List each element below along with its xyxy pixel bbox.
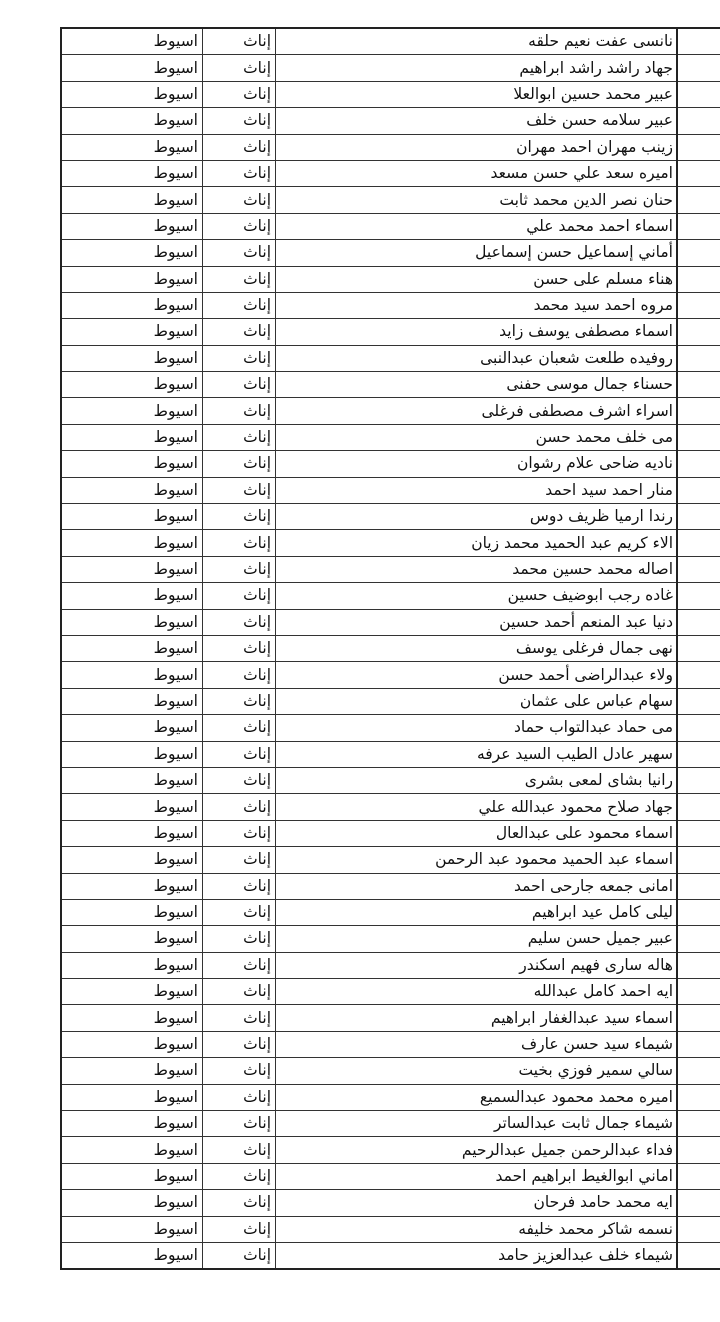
- table-row: اسيوطإناثاصاله محمد حسين محمد: [61, 556, 720, 582]
- name-cell: عبير سلامه حسن خلف: [276, 108, 678, 134]
- gender-cell: إناث: [203, 583, 276, 609]
- table-row: اسيوطإناثمى خلف محمد حسن: [61, 424, 720, 450]
- table-row: اسيوطإناثاسماء محمود على عبدالعال: [61, 820, 720, 846]
- empty-cell: [677, 81, 720, 107]
- gender-cell: إناث: [203, 952, 276, 978]
- governorate-cell: اسيوط: [61, 108, 203, 134]
- governorate-cell: اسيوط: [61, 530, 203, 556]
- empty-cell: [677, 504, 720, 530]
- name-cell: دنيا عبد المنعم أحمد حسين: [276, 609, 678, 635]
- gender-cell: إناث: [203, 134, 276, 160]
- governorate-cell: اسيوط: [61, 1216, 203, 1242]
- table-row: اسيوطإناثاسماء سيد عبدالغفار ابراهيم: [61, 1005, 720, 1031]
- table-row: اسيوطإناثناديه ضاحى علام رشوان: [61, 451, 720, 477]
- table-row: اسيوطإناثالاء كريم عبد الحميد محمد زيان: [61, 530, 720, 556]
- table-row: اسيوطإناثهاله سارى فهيم اسكندر: [61, 952, 720, 978]
- empty-cell: [677, 794, 720, 820]
- gender-cell: إناث: [203, 741, 276, 767]
- governorate-cell: اسيوط: [61, 926, 203, 952]
- governorate-cell: اسيوط: [61, 820, 203, 846]
- empty-cell: [677, 1058, 720, 1084]
- governorate-cell: اسيوط: [61, 688, 203, 714]
- table-row: اسيوطإناثاسماء عبد الحميد محمود عبد الرح…: [61, 847, 720, 873]
- name-cell: منار احمد سيد احمد: [276, 477, 678, 503]
- gender-cell: إناث: [203, 398, 276, 424]
- gender-cell: إناث: [203, 530, 276, 556]
- empty-cell: [677, 583, 720, 609]
- gender-cell: إناث: [203, 1058, 276, 1084]
- governorate-cell: اسيوط: [61, 873, 203, 899]
- empty-cell: [677, 530, 720, 556]
- gender-cell: إناث: [203, 1005, 276, 1031]
- table-row: اسيوطإناثنهى جمال فرغلى يوسف: [61, 635, 720, 661]
- name-cell: زينب مهران احمد مهران: [276, 134, 678, 160]
- governorate-cell: اسيوط: [61, 1242, 203, 1269]
- empty-cell: [677, 662, 720, 688]
- governorate-cell: اسيوط: [61, 899, 203, 925]
- table-row: اسيوطإناثايه محمد حامد فرحان: [61, 1190, 720, 1216]
- governorate-cell: اسيوط: [61, 319, 203, 345]
- names-table: اسيوطإناثنانسى عفت نعيم حلقهاسيوطإناثجها…: [60, 27, 720, 1270]
- table-row: اسيوطإناثحسناء جمال موسى حفنى: [61, 372, 720, 398]
- table-row: اسيوطإناثنانسى عفت نعيم حلقه: [61, 28, 720, 55]
- name-cell: نسمه شاكر محمد خليفه: [276, 1216, 678, 1242]
- name-cell: اصاله محمد حسين محمد: [276, 556, 678, 582]
- table-row: اسيوطإناثاسماء احمد محمد علي: [61, 213, 720, 239]
- table-row: اسيوطإناثمروه احمد سيد محمد: [61, 292, 720, 318]
- governorate-cell: اسيوط: [61, 81, 203, 107]
- table-row: اسيوطإناثاميره محمد محمود عبدالسميع: [61, 1084, 720, 1110]
- gender-cell: إناث: [203, 187, 276, 213]
- governorate-cell: اسيوط: [61, 424, 203, 450]
- governorate-cell: اسيوط: [61, 1084, 203, 1110]
- gender-cell: إناث: [203, 266, 276, 292]
- governorate-cell: اسيوط: [61, 477, 203, 503]
- name-cell: عبير جميل حسن سليم: [276, 926, 678, 952]
- empty-cell: [677, 1190, 720, 1216]
- table-row: اسيوطإناثفداء عبدالرحمن جميل عبدالرحيم: [61, 1137, 720, 1163]
- name-cell: نانسى عفت نعيم حلقه: [276, 28, 678, 55]
- table-row: اسيوطإناثدنيا عبد المنعم أحمد حسين: [61, 609, 720, 635]
- governorate-cell: اسيوط: [61, 609, 203, 635]
- name-cell: رانيا بشاى لمعى بشرى: [276, 767, 678, 793]
- gender-cell: إناث: [203, 899, 276, 925]
- empty-cell: [677, 609, 720, 635]
- empty-cell: [677, 952, 720, 978]
- governorate-cell: اسيوط: [61, 372, 203, 398]
- governorate-cell: اسيوط: [61, 266, 203, 292]
- empty-cell: [677, 1005, 720, 1031]
- table-row: اسيوطإناثاسراء اشرف مصطفى فرغلى: [61, 398, 720, 424]
- table-row: اسيوطإناثزينب مهران احمد مهران: [61, 134, 720, 160]
- empty-cell: [677, 635, 720, 661]
- governorate-cell: اسيوط: [61, 583, 203, 609]
- table-row: اسيوطإناثسالي سمير فوزي بخيت: [61, 1058, 720, 1084]
- gender-cell: إناث: [203, 319, 276, 345]
- governorate-cell: اسيوط: [61, 187, 203, 213]
- table-row: اسيوطإناثايه احمد كامل عبدالله: [61, 979, 720, 1005]
- name-cell: اسماء عبد الحميد محمود عبد الرحمن: [276, 847, 678, 873]
- name-cell: حسناء جمال موسى حفنى: [276, 372, 678, 398]
- table-row: اسيوطإناثأماني إسماعيل حسن إسماعيل: [61, 240, 720, 266]
- governorate-cell: اسيوط: [61, 556, 203, 582]
- empty-cell: [677, 715, 720, 741]
- governorate-cell: اسيوط: [61, 55, 203, 81]
- empty-cell: [677, 873, 720, 899]
- empty-cell: [677, 847, 720, 873]
- empty-cell: [677, 767, 720, 793]
- governorate-cell: اسيوط: [61, 292, 203, 318]
- empty-cell: [677, 372, 720, 398]
- empty-cell: [677, 398, 720, 424]
- gender-cell: إناث: [203, 81, 276, 107]
- table-row: اسيوطإناثجهاد صلاح محمود عبدالله علي: [61, 794, 720, 820]
- name-cell: الاء كريم عبد الحميد محمد زيان: [276, 530, 678, 556]
- name-cell: اسماء سيد عبدالغفار ابراهيم: [276, 1005, 678, 1031]
- gender-cell: إناث: [203, 451, 276, 477]
- table-row: اسيوطإناثغاده رجب ابوضيف حسين: [61, 583, 720, 609]
- name-cell: امانى جمعه جارحى احمد: [276, 873, 678, 899]
- name-cell: شيماء جمال ثابت عبدالساتر: [276, 1111, 678, 1137]
- empty-cell: [677, 292, 720, 318]
- name-cell: اسماء مصطفى يوسف زايد: [276, 319, 678, 345]
- name-cell: شيماء خلف عبدالعزيز حامد: [276, 1242, 678, 1269]
- gender-cell: إناث: [203, 926, 276, 952]
- gender-cell: إناث: [203, 292, 276, 318]
- name-cell: هناء مسلم على حسن: [276, 266, 678, 292]
- table-row: اسيوطإناثشيماء سيد حسن عارف: [61, 1031, 720, 1057]
- empty-cell: [677, 1111, 720, 1137]
- name-cell: ايه محمد حامد فرحان: [276, 1190, 678, 1216]
- governorate-cell: اسيوط: [61, 504, 203, 530]
- gender-cell: إناث: [203, 1190, 276, 1216]
- names-table-container: اسيوطإناثنانسى عفت نعيم حلقهاسيوطإناثجها…: [60, 27, 720, 1270]
- gender-cell: إناث: [203, 1163, 276, 1189]
- gender-cell: إناث: [203, 1216, 276, 1242]
- name-cell: سهام عباس على عثمان: [276, 688, 678, 714]
- governorate-cell: اسيوط: [61, 398, 203, 424]
- governorate-cell: اسيوط: [61, 741, 203, 767]
- table-row: اسيوطإناثمنار احمد سيد احمد: [61, 477, 720, 503]
- name-cell: سالي سمير فوزي بخيت: [276, 1058, 678, 1084]
- table-row: اسيوطإناثاماني ابوالغيط ابراهيم احمد: [61, 1163, 720, 1189]
- gender-cell: إناث: [203, 240, 276, 266]
- name-cell: اماني ابوالغيط ابراهيم احمد: [276, 1163, 678, 1189]
- empty-cell: [677, 424, 720, 450]
- governorate-cell: اسيوط: [61, 1190, 203, 1216]
- empty-cell: [677, 187, 720, 213]
- name-cell: مى خلف محمد حسن: [276, 424, 678, 450]
- empty-cell: [677, 108, 720, 134]
- table-row: اسيوطإناثليلى كامل عيد ابراهيم: [61, 899, 720, 925]
- empty-cell: [677, 477, 720, 503]
- governorate-cell: اسيوط: [61, 794, 203, 820]
- governorate-cell: اسيوط: [61, 662, 203, 688]
- governorate-cell: اسيوط: [61, 1163, 203, 1189]
- gender-cell: إناث: [203, 504, 276, 530]
- empty-cell: [677, 926, 720, 952]
- gender-cell: إناث: [203, 372, 276, 398]
- table-row: اسيوطإناثاسماء مصطفى يوسف زايد: [61, 319, 720, 345]
- gender-cell: إناث: [203, 424, 276, 450]
- gender-cell: إناث: [203, 160, 276, 186]
- name-cell: عبير محمد حسين ابوالعلا: [276, 81, 678, 107]
- table-row: اسيوطإناثعبير محمد حسين ابوالعلا: [61, 81, 720, 107]
- name-cell: روفيده طلعت شعبان عبدالنبى: [276, 345, 678, 371]
- governorate-cell: اسيوط: [61, 1058, 203, 1084]
- governorate-cell: اسيوط: [61, 451, 203, 477]
- gender-cell: إناث: [203, 55, 276, 81]
- governorate-cell: اسيوط: [61, 1137, 203, 1163]
- empty-cell: [677, 1031, 720, 1057]
- gender-cell: إناث: [203, 556, 276, 582]
- gender-cell: إناث: [203, 1111, 276, 1137]
- empty-cell: [677, 741, 720, 767]
- governorate-cell: اسيوط: [61, 213, 203, 239]
- table-row: اسيوطإناثحنان نصر الدين محمد ثابت: [61, 187, 720, 213]
- table-row: اسيوطإناثنسمه شاكر محمد خليفه: [61, 1216, 720, 1242]
- empty-cell: [677, 160, 720, 186]
- table-row: اسيوطإناثرانيا بشاى لمعى بشرى: [61, 767, 720, 793]
- governorate-cell: اسيوط: [61, 1005, 203, 1031]
- empty-cell: [677, 1137, 720, 1163]
- name-cell: ناديه ضاحى علام رشوان: [276, 451, 678, 477]
- governorate-cell: اسيوط: [61, 952, 203, 978]
- governorate-cell: اسيوط: [61, 635, 203, 661]
- table-row: اسيوطإناثرندا ارميا ظريف دوس: [61, 504, 720, 530]
- table-row: اسيوطإناثعبير سلامه حسن خلف: [61, 108, 720, 134]
- empty-cell: [677, 451, 720, 477]
- gender-cell: إناث: [203, 1242, 276, 1269]
- table-row: اسيوطإناثعبير جميل حسن سليم: [61, 926, 720, 952]
- gender-cell: إناث: [203, 794, 276, 820]
- name-cell: هاله سارى فهيم اسكندر: [276, 952, 678, 978]
- empty-cell: [677, 899, 720, 925]
- gender-cell: إناث: [203, 1031, 276, 1057]
- governorate-cell: اسيوط: [61, 160, 203, 186]
- table-row: اسيوطإناثشيماء جمال ثابت عبدالساتر: [61, 1111, 720, 1137]
- governorate-cell: اسيوط: [61, 240, 203, 266]
- name-cell: اسماء احمد محمد علي: [276, 213, 678, 239]
- gender-cell: إناث: [203, 715, 276, 741]
- name-cell: أماني إسماعيل حسن إسماعيل: [276, 240, 678, 266]
- table-row: اسيوطإناثامانى جمعه جارحى احمد: [61, 873, 720, 899]
- table-row: اسيوطإناثاميره سعد علي حسن مسعد: [61, 160, 720, 186]
- empty-cell: [677, 28, 720, 55]
- gender-cell: إناث: [203, 767, 276, 793]
- name-cell: ولاء عبدالراضى أحمد حسن: [276, 662, 678, 688]
- governorate-cell: اسيوط: [61, 1031, 203, 1057]
- name-cell: اسراء اشرف مصطفى فرغلى: [276, 398, 678, 424]
- gender-cell: إناث: [203, 688, 276, 714]
- empty-cell: [677, 213, 720, 239]
- name-cell: ايه احمد كامل عبدالله: [276, 979, 678, 1005]
- gender-cell: إناث: [203, 820, 276, 846]
- governorate-cell: اسيوط: [61, 28, 203, 55]
- name-cell: نهى جمال فرغلى يوسف: [276, 635, 678, 661]
- gender-cell: إناث: [203, 873, 276, 899]
- name-cell: اميره محمد محمود عبدالسميع: [276, 1084, 678, 1110]
- name-cell: شيماء سيد حسن عارف: [276, 1031, 678, 1057]
- governorate-cell: اسيوط: [61, 715, 203, 741]
- empty-cell: [677, 820, 720, 846]
- table-row: اسيوطإناثمى حماد عبدالتواب حماد: [61, 715, 720, 741]
- empty-cell: [677, 1216, 720, 1242]
- table-row: اسيوطإناثسهير عادل الطيب السيد عرفه: [61, 741, 720, 767]
- name-cell: سهير عادل الطيب السيد عرفه: [276, 741, 678, 767]
- name-cell: اميره سعد علي حسن مسعد: [276, 160, 678, 186]
- empty-cell: [677, 345, 720, 371]
- empty-cell: [677, 688, 720, 714]
- gender-cell: إناث: [203, 609, 276, 635]
- table-body: اسيوطإناثنانسى عفت نعيم حلقهاسيوطإناثجها…: [61, 28, 720, 1269]
- name-cell: مروه احمد سيد محمد: [276, 292, 678, 318]
- gender-cell: إناث: [203, 635, 276, 661]
- name-cell: جهاد راشد راشد ابراهيم: [276, 55, 678, 81]
- gender-cell: إناث: [203, 662, 276, 688]
- empty-cell: [677, 1163, 720, 1189]
- table-row: اسيوطإناثسهام عباس على عثمان: [61, 688, 720, 714]
- empty-cell: [677, 979, 720, 1005]
- table-row: اسيوطإناثولاء عبدالراضى أحمد حسن: [61, 662, 720, 688]
- empty-cell: [677, 319, 720, 345]
- table-row: اسيوطإناثهناء مسلم على حسن: [61, 266, 720, 292]
- table-row: اسيوطإناثشيماء خلف عبدالعزيز حامد: [61, 1242, 720, 1269]
- name-cell: مى حماد عبدالتواب حماد: [276, 715, 678, 741]
- name-cell: جهاد صلاح محمود عبدالله علي: [276, 794, 678, 820]
- empty-cell: [677, 55, 720, 81]
- gender-cell: إناث: [203, 847, 276, 873]
- gender-cell: إناث: [203, 477, 276, 503]
- empty-cell: [677, 266, 720, 292]
- gender-cell: إناث: [203, 979, 276, 1005]
- name-cell: فداء عبدالرحمن جميل عبدالرحيم: [276, 1137, 678, 1163]
- empty-cell: [677, 1084, 720, 1110]
- empty-cell: [677, 1242, 720, 1269]
- governorate-cell: اسيوط: [61, 1111, 203, 1137]
- empty-cell: [677, 556, 720, 582]
- governorate-cell: اسيوط: [61, 767, 203, 793]
- gender-cell: إناث: [203, 28, 276, 55]
- name-cell: اسماء محمود على عبدالعال: [276, 820, 678, 846]
- gender-cell: إناث: [203, 345, 276, 371]
- empty-cell: [677, 134, 720, 160]
- governorate-cell: اسيوط: [61, 979, 203, 1005]
- name-cell: رندا ارميا ظريف دوس: [276, 504, 678, 530]
- empty-cell: [677, 240, 720, 266]
- governorate-cell: اسيوط: [61, 345, 203, 371]
- name-cell: غاده رجب ابوضيف حسين: [276, 583, 678, 609]
- name-cell: ليلى كامل عيد ابراهيم: [276, 899, 678, 925]
- gender-cell: إناث: [203, 213, 276, 239]
- gender-cell: إناث: [203, 1137, 276, 1163]
- table-row: اسيوطإناثجهاد راشد راشد ابراهيم: [61, 55, 720, 81]
- gender-cell: إناث: [203, 1084, 276, 1110]
- table-row: اسيوطإناثروفيده طلعت شعبان عبدالنبى: [61, 345, 720, 371]
- name-cell: حنان نصر الدين محمد ثابت: [276, 187, 678, 213]
- governorate-cell: اسيوط: [61, 847, 203, 873]
- governorate-cell: اسيوط: [61, 134, 203, 160]
- gender-cell: إناث: [203, 108, 276, 134]
